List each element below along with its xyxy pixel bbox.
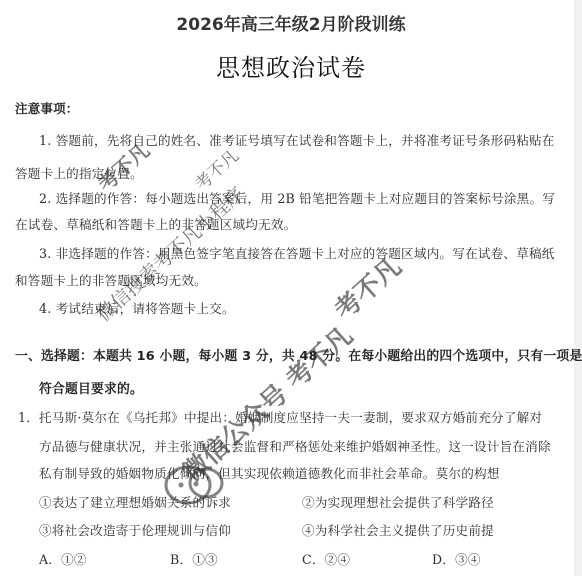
question-1-statement-4: ④为科学社会主义提供了历史前提 bbox=[302, 520, 494, 539]
question-1-option-c[interactable]: C．②④ bbox=[302, 549, 350, 568]
question-1-stem-line2: 方品德与健康状况，并主张通过社会监督和严格惩处来维护婚姻神圣性。这一设计旨在消除 bbox=[39, 436, 551, 455]
notice-item-3-line1: 3. 非选择题的作答：用黑色签字笔直接答在答题卡上对应的答题区域内。写在试卷、草… bbox=[39, 243, 555, 262]
question-1-stem-line3: 私有制导致的婚姻物质化倾向，但其实现依赖道德教化而非社会革命。莫尔的构想 bbox=[39, 463, 500, 482]
notice-item-4-line1: 4. 考试结束后，请将答题卡上交。 bbox=[39, 298, 235, 317]
question-1-stem-line1: 1．托马斯·莫尔在《乌托邦》中提出：婚姻制度应坚持一夫一妻制，要求双方婚前充分了… bbox=[18, 407, 542, 426]
subject-title: 思想政治试卷 bbox=[0, 48, 582, 83]
question-1-statement-3: ③将社会改造寄于伦理规训与信仰 bbox=[39, 520, 231, 539]
notice-item-1-line2: 答题卡上的指定位置。 bbox=[15, 163, 143, 182]
notice-item-2-line2: 在试卷、草稿纸和答题卡上的非答题区域均无效。 bbox=[15, 214, 296, 233]
notice-heading: 注意事项： bbox=[15, 99, 79, 117]
section-one-heading: 一、选择题：本题共 16 小题，每小题 3 分，共 48 分。在每小题给出的四个… bbox=[15, 345, 582, 364]
question-1-option-b[interactable]: B．①③ bbox=[170, 549, 218, 568]
notice-item-1-line1: 1. 答题前，先将自己的姓名、准考证号填写在试卷和答题卡上，并将准考证号条形码粘… bbox=[39, 130, 555, 149]
section-one-heading-cont: 符合题目要求的。 bbox=[39, 378, 143, 397]
question-1-statement-1: ①表达了建立理想婚姻关系的诉求 bbox=[39, 492, 231, 511]
question-1-option-a[interactable]: A．①② bbox=[39, 549, 87, 568]
exam-title: 2026年高三年级2月阶段训练 bbox=[0, 10, 582, 35]
notice-item-3-line2: 和答题卡上的非答题区域均无效。 bbox=[15, 270, 207, 289]
question-1-option-d[interactable]: D．③④ bbox=[432, 549, 481, 568]
question-1-statement-2: ②为实现理想社会提供了科学路径 bbox=[302, 492, 494, 511]
exam-page: 2026年高三年级2月阶段训练 思想政治试卷 注意事项： 1. 答题前，先将自己… bbox=[0, 0, 574, 576]
page-edge-shadow bbox=[574, 0, 582, 576]
notice-item-2-line1: 2. 选择题的作答：每小题选出答案后，用 2B 铅笔把答题卡上对应题目的答案标号… bbox=[39, 188, 555, 207]
